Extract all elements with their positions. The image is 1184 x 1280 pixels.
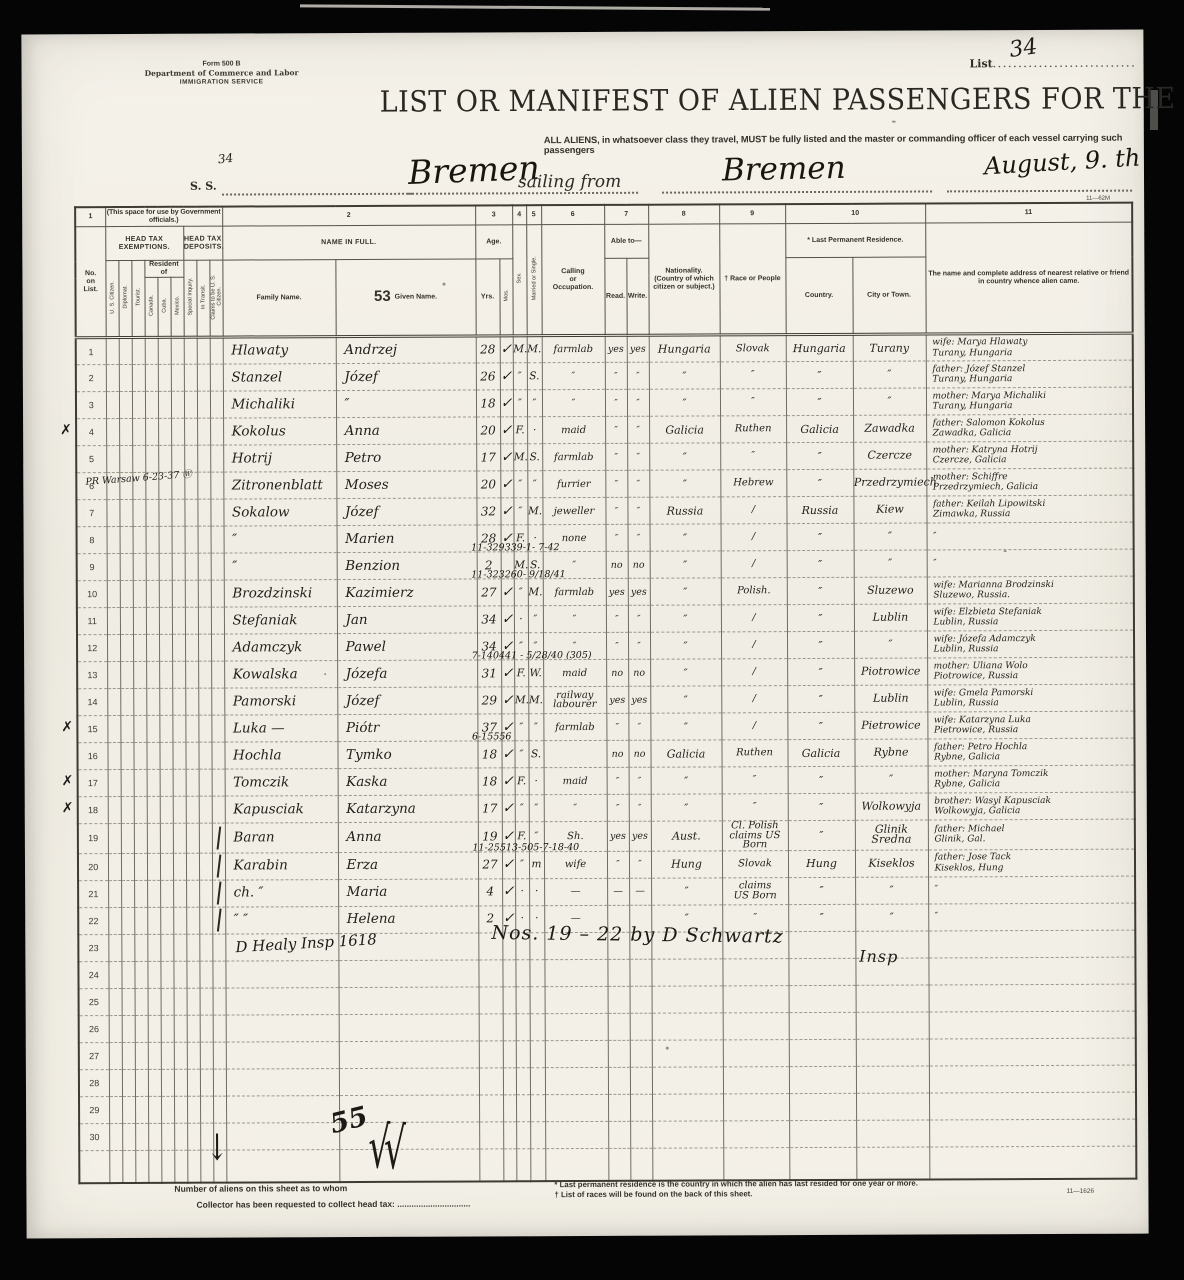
department-name: Department of Commerce and Labor — [112, 68, 332, 78]
cell-write: yes — [627, 335, 649, 362]
head-tax-cell — [159, 553, 172, 580]
cell-write: yes — [629, 821, 651, 851]
head-tax-cell — [187, 988, 200, 1015]
cell-rel — [928, 957, 1135, 985]
cell-read — [607, 959, 629, 986]
cell-write — [630, 1067, 652, 1094]
head-tax-cell — [158, 418, 171, 445]
grid-filler-cell — [630, 1148, 652, 1181]
cell-chk: ✓ — [502, 768, 515, 795]
header-mexico: Mexico. — [170, 277, 183, 337]
head-tax-cell — [173, 769, 186, 796]
cell-family: Hochla — [224, 742, 337, 769]
cell-city — [856, 1120, 929, 1147]
row-pen-stroke — [216, 855, 221, 878]
head-tax-cell — [160, 907, 173, 934]
head-tax-cell — [199, 853, 212, 880]
head-tax-cell — [133, 742, 146, 769]
cell-nat: ″ — [649, 362, 720, 389]
cell-rel: mother: Schiffre Przedrzymiech, Galicia — [926, 468, 1133, 496]
cell-read: no — [606, 740, 628, 767]
head-tax-cell — [173, 853, 186, 880]
head-tax-cell — [107, 581, 120, 608]
cell-read: no — [606, 659, 628, 686]
cell-given: Kazimierz — [337, 579, 477, 607]
cell-chk: ✓ — [501, 579, 514, 606]
cell-write: ″ — [629, 794, 651, 821]
cell-family — [226, 987, 339, 1014]
cell-read: ″ — [605, 362, 627, 389]
head-tax-cell — [148, 1123, 161, 1150]
cell-sex: ″ — [513, 498, 527, 525]
cell-write — [630, 1121, 652, 1148]
row-number: 24 — [78, 961, 108, 988]
date-dotted-line — [947, 190, 1132, 193]
head-tax-cell — [158, 499, 171, 526]
head-tax-cell — [210, 445, 223, 472]
head-tax-cell — [145, 499, 158, 526]
cell-sex: ″ — [513, 390, 527, 417]
head-tax-cell — [159, 742, 172, 769]
head-tax-cell — [211, 553, 224, 580]
cell-family — [226, 1014, 339, 1041]
head-tax-cell — [199, 961, 212, 988]
row-number: 2 — [76, 365, 106, 392]
head-tax-cell — [186, 853, 199, 880]
head-tax-cell — [161, 1096, 174, 1123]
cell-read: yes — [605, 335, 627, 362]
header-band-row: No. on List. HEAD TAX EXEMPTIONS. HEAD T… — [75, 222, 1132, 261]
cell-yrs: 29 — [477, 687, 501, 714]
cell-write: ″ — [627, 497, 649, 524]
cell-ms: M. — [528, 579, 543, 606]
cell-yrs: 28 — [476, 336, 500, 363]
head-tax-cell — [122, 988, 135, 1015]
row-number: 10 — [77, 581, 107, 608]
cell-city — [856, 1039, 929, 1066]
cell-chk: ✓ — [500, 444, 513, 471]
cell-given — [338, 959, 478, 987]
cell-read: ″ — [606, 524, 628, 551]
cell-occ: farmlab — [543, 713, 606, 740]
head-tax-cell — [108, 797, 121, 824]
grid-filler-cell — [516, 1148, 530, 1181]
head-tax-cell — [212, 961, 225, 988]
cell-city: ″ — [853, 361, 926, 388]
head-tax-cell — [107, 608, 120, 635]
head-tax-cell — [135, 1042, 148, 1069]
cell-rel: ″ — [927, 522, 1134, 550]
head-tax-cell — [108, 770, 121, 797]
header-mos: Mos. — [499, 259, 512, 336]
head-tax-cell — [107, 527, 120, 554]
head-tax-cell — [185, 607, 198, 634]
head-tax-cell — [197, 472, 210, 499]
head-tax-cell — [147, 907, 160, 934]
cell-write: ″ — [627, 470, 649, 497]
head-tax-cell — [106, 338, 119, 365]
cell-occ: maid — [543, 659, 606, 686]
cell-chk: ✓ — [501, 741, 514, 768]
head-tax-cell — [147, 853, 160, 880]
header-write: Write. — [626, 258, 648, 335]
cell-country — [789, 1120, 856, 1147]
cell-write: no — [628, 551, 650, 578]
head-tax-cell — [134, 961, 147, 988]
cell-chk: ✓ — [502, 795, 515, 822]
cell-family: Adamczyk — [224, 634, 337, 661]
head-tax-cell — [197, 499, 210, 526]
cell-given: ″ — [336, 390, 476, 418]
cell-read: yes — [607, 821, 629, 851]
head-tax-cell — [199, 796, 212, 823]
head-tax-cell — [120, 742, 133, 769]
grid-filler-cell — [187, 1150, 200, 1183]
row-number: 27 — [79, 1042, 109, 1069]
head-tax-cell — [148, 1015, 161, 1042]
cell-race — [723, 1066, 789, 1093]
row-number: 5 — [76, 446, 106, 473]
cell-write: ″ — [627, 389, 649, 416]
cell-family — [225, 960, 338, 987]
cell-race: / — [721, 713, 787, 740]
cell-occ: farmlab — [542, 443, 605, 470]
cell-city: Sluzewo — [854, 577, 927, 604]
cell-nat — [652, 1066, 723, 1093]
cell-city — [856, 985, 929, 1012]
cell-rel: father: Józef Stanzel Turany, Hungaria — [926, 360, 1133, 388]
cell-country: ″ — [787, 523, 854, 550]
cell-nat — [652, 1012, 723, 1039]
header-nearest-relative: The name and complete address of nearest… — [925, 222, 1132, 334]
head-tax-cell — [122, 1042, 135, 1069]
head-tax-cell — [160, 769, 173, 796]
cell-race: ″ — [722, 767, 788, 794]
cell-race: Ruthen — [720, 416, 786, 443]
head-tax-cell — [187, 1015, 200, 1042]
cell-sex: ″ — [515, 851, 529, 878]
head-tax-cell — [158, 391, 171, 418]
cell-rel — [929, 1065, 1136, 1093]
head-tax-cell — [159, 526, 172, 553]
head-tax-cell — [186, 769, 199, 796]
cell-family: Hotrij — [223, 445, 336, 472]
head-tax-cell — [109, 988, 122, 1015]
header-cuba: Cuba. — [157, 277, 170, 337]
head-tax-cell — [121, 907, 134, 934]
head-tax-cell — [174, 1096, 187, 1123]
head-tax-cell — [210, 337, 223, 364]
row-number: 20 — [78, 853, 108, 880]
row-number: 15✗ — [77, 716, 107, 743]
cell-write — [630, 1040, 652, 1067]
cell-city: ″ — [853, 388, 926, 415]
header-yrs: Yrs. — [475, 259, 499, 336]
head-tax-cell — [160, 823, 173, 853]
cell-write: ″ — [628, 524, 650, 551]
scan-page: { "scan": { "list_label": "List", "list_… — [0, 0, 1184, 1280]
head-tax-cell — [133, 580, 146, 607]
cell-rel: brother: Wasyl Kapusciak Wolkowyja, Gali… — [928, 792, 1135, 820]
head-tax-cell — [146, 553, 159, 580]
head-tax-cell — [172, 607, 185, 634]
head-tax-cell — [200, 1069, 213, 1096]
head-tax-cell — [184, 499, 197, 526]
cell-city: Pietrowice — [854, 712, 927, 739]
head-tax-cell — [132, 364, 145, 391]
cell-ms: S. — [527, 363, 542, 390]
head-tax-cell — [174, 1015, 187, 1042]
cell-given: Moses — [336, 471, 476, 499]
head-tax-cell — [107, 662, 120, 689]
cell-occ — [545, 1121, 608, 1148]
cell-sex: F. — [513, 417, 527, 444]
head-tax-cell — [172, 634, 185, 661]
head-tax-cell — [108, 880, 121, 907]
head-tax-cell — [146, 715, 159, 742]
cell-race — [723, 1039, 789, 1066]
head-tax-cell — [132, 337, 145, 364]
cell-nat: Hungaria — [649, 335, 720, 362]
row-number: 19 — [78, 824, 108, 854]
cell-given: Anna — [338, 822, 478, 852]
head-tax-cell — [212, 796, 225, 823]
cell-country: Galicia — [787, 739, 854, 766]
cell-rel: mother: Katryna Hotrij Czercze, Galicia — [926, 441, 1133, 469]
head-tax-cell — [148, 1069, 161, 1096]
cell-rel — [929, 1092, 1136, 1120]
head-tax-cell — [186, 796, 199, 823]
row-x-mark: ✗ — [62, 800, 74, 816]
cell-occ: ″ — [542, 362, 605, 389]
cell-rel: mother: Maryna Tomczik Rybne, Galicia — [928, 765, 1135, 793]
head-tax-cell — [147, 796, 160, 823]
col-number-9: 9 — [719, 204, 785, 224]
cell-given: Józef — [336, 498, 476, 526]
head-tax-cell — [121, 769, 134, 796]
head-tax-cell — [147, 961, 160, 988]
head-tax-cell — [186, 934, 199, 961]
row-number: 3 — [76, 392, 106, 419]
cell-yrs: 17 — [478, 795, 502, 822]
head-tax-cell — [160, 853, 173, 880]
head-tax-cell — [146, 688, 159, 715]
row-number: 21 — [78, 880, 108, 907]
cell-ms: M. — [527, 336, 542, 363]
head-tax-cell — [109, 1096, 122, 1123]
head-tax-cell — [172, 580, 185, 607]
cell-nat: ″ — [650, 605, 721, 632]
cell-read: ″ — [605, 470, 627, 497]
cell-write: ″ — [628, 632, 650, 659]
cell-ms: ″ — [527, 390, 542, 417]
cell-yrs — [479, 1067, 503, 1094]
header-race-or-people: † Race or People — [719, 224, 785, 335]
ss-number-handwritten: 34 — [217, 153, 233, 166]
cell-read — [608, 1040, 630, 1067]
head-tax-cell — [120, 580, 133, 607]
cell-race: / — [721, 605, 787, 632]
row-number: 4✗ — [76, 419, 106, 446]
cell-occ: maid — [542, 416, 605, 443]
cell-nat: ″ — [651, 794, 722, 821]
cell-ms: W. — [528, 660, 543, 687]
cell-given: Andrzej — [336, 336, 476, 364]
cell-family — [226, 1041, 339, 1068]
head-tax-cell — [173, 934, 186, 961]
footer-footnotes: * Last permanent residence is the countr… — [554, 1178, 1074, 1199]
cell-yrs: 2711-323260- 9/18/41 — [477, 579, 501, 606]
head-tax-cell — [161, 1069, 174, 1096]
col-number-11: 11 — [925, 203, 1132, 223]
cell-chk — [503, 986, 516, 1013]
arrow-mark-handwritten: ↓ — [206, 1128, 228, 1170]
cell-nat — [652, 985, 723, 1012]
grid-filler-cell — [479, 1148, 503, 1181]
head-tax-cell — [106, 392, 119, 419]
cell-occ — [545, 1094, 608, 1121]
head-tax-cell — [161, 988, 174, 1015]
head-tax-cell — [171, 337, 184, 364]
head-tax-cell — [107, 689, 120, 716]
head-tax-cell — [108, 824, 121, 854]
manifest-title: LIST OR MANIFEST OF ALIEN PASSENGERS FOR… — [380, 82, 1140, 119]
cell-chk — [503, 1040, 516, 1067]
cell-country: ″ — [788, 877, 855, 904]
head-tax-cell — [148, 1096, 161, 1123]
cell-sex: ″ — [513, 471, 527, 498]
header-in-transit: In Transit. — [196, 260, 209, 337]
cell-yrs: 2711-25513-505-7-18-40 — [478, 851, 502, 878]
head-tax-cell — [185, 661, 198, 688]
cell-country: Russia — [786, 496, 853, 523]
cell-city: Kiseklos — [855, 850, 928, 877]
cell-nat — [652, 1039, 723, 1066]
cell-country: Galicia — [786, 415, 853, 442]
cell-read: ″ — [606, 605, 628, 632]
cell-country: ″ — [787, 631, 854, 658]
cell-sex: ″ — [515, 795, 529, 822]
cell-occ: maid — [544, 767, 607, 794]
head-tax-cell — [121, 961, 134, 988]
header-age: Age. — [475, 225, 512, 259]
head-tax-cell — [119, 391, 132, 418]
head-tax-cell — [120, 634, 133, 661]
head-tax-cell — [212, 769, 225, 796]
cell-country: ″ — [786, 361, 853, 388]
head-tax-cell — [184, 418, 197, 445]
head-tax-cell — [132, 418, 145, 445]
cell-write: ″ — [628, 713, 650, 740]
cell-country: ″ — [786, 469, 853, 496]
row-number: 22 — [78, 907, 108, 934]
sailing-from-label: sailing from — [518, 172, 621, 192]
cell-family: ″ ″ — [225, 906, 338, 933]
head-tax-cell — [107, 743, 120, 770]
cell-nat: ″ — [650, 713, 721, 740]
head-tax-cell — [107, 716, 120, 743]
cell-yrs — [479, 1121, 503, 1148]
grid-filler-cell — [135, 1150, 148, 1183]
head-tax-cell — [146, 742, 159, 769]
head-tax-cell — [121, 823, 134, 853]
grid-filler-cell — [545, 1148, 608, 1181]
cell-race: / — [721, 686, 787, 713]
grid-filler-cell — [929, 1146, 1136, 1179]
cell-rel: ″ — [928, 903, 1135, 931]
cell-chk: ✓ — [500, 336, 513, 363]
cell-read: — — [607, 878, 629, 905]
cell-country: ″ — [788, 766, 855, 793]
head-tax-cell — [132, 499, 145, 526]
cell-country: ″ — [788, 793, 855, 820]
col-number-3: 3 — [475, 205, 512, 225]
head-tax-cell — [135, 1096, 148, 1123]
cell-write: ″ — [627, 416, 649, 443]
cell-nat: ″ — [650, 524, 721, 551]
cell-sex — [516, 1094, 530, 1121]
header-sex: Sex. — [512, 225, 526, 336]
head-tax-cell — [211, 580, 224, 607]
head-tax-cell — [200, 1015, 213, 1042]
footer-aliens-count-line1: Number of aliens on this sheet as to who… — [174, 1183, 347, 1194]
cell-occ: jeweller — [542, 497, 605, 524]
cell-given: Helena — [338, 905, 478, 933]
head-tax-cell — [172, 742, 185, 769]
cell-country: ″ — [786, 388, 853, 415]
cell-read — [608, 986, 630, 1013]
cell-race — [723, 1093, 789, 1120]
row-annotation-number: 11-323260- 9/18/41 — [471, 569, 565, 580]
head-tax-cell — [172, 526, 185, 553]
cell-yrs — [479, 1013, 503, 1040]
cell-ms: · — [527, 417, 542, 444]
head-tax-cell — [212, 823, 225, 853]
cell-given — [339, 1067, 479, 1095]
cell-race: Slovak — [720, 335, 786, 362]
cell-chk — [503, 1067, 516, 1094]
cell-nat: ″ — [650, 632, 721, 659]
head-tax-cell — [120, 553, 133, 580]
cell-write: ″ — [628, 605, 650, 632]
cell-ms — [530, 1040, 545, 1067]
cell-race: ″ — [720, 443, 786, 470]
cell-given: Katarzyna — [338, 795, 478, 823]
cell-given: Piótr — [337, 714, 477, 742]
cell-rel — [929, 1119, 1136, 1147]
cell-family: Kapusciak — [225, 796, 338, 823]
head-tax-cell — [145, 418, 158, 445]
head-tax-cell — [174, 1123, 187, 1150]
head-tax-cell — [119, 418, 132, 445]
cell-rel: ″ — [927, 549, 1134, 577]
grid-filler-cell — [109, 1150, 122, 1183]
footer-print-code: 11—1626 — [1066, 1188, 1094, 1195]
cell-sex: · — [514, 606, 528, 633]
head-tax-cell — [134, 880, 147, 907]
row-annotation-number: 11-25513-505-7-18-40 — [472, 842, 579, 853]
grid-filler-cell — [503, 1148, 516, 1181]
cell-chk: ✓ — [500, 363, 513, 390]
tally-check-handwritten: √√ — [368, 1114, 400, 1184]
cell-given: Józef — [337, 687, 477, 715]
cell-nat: ″ — [650, 551, 721, 578]
header-diplomat: Diplomat. — [118, 260, 131, 337]
head-tax-cell — [186, 823, 199, 853]
cell-rel: father: Jose Tack Kiseklos, Hung — [928, 849, 1135, 877]
head-tax-cell — [107, 554, 120, 581]
cell-city: Lublin — [854, 604, 927, 631]
